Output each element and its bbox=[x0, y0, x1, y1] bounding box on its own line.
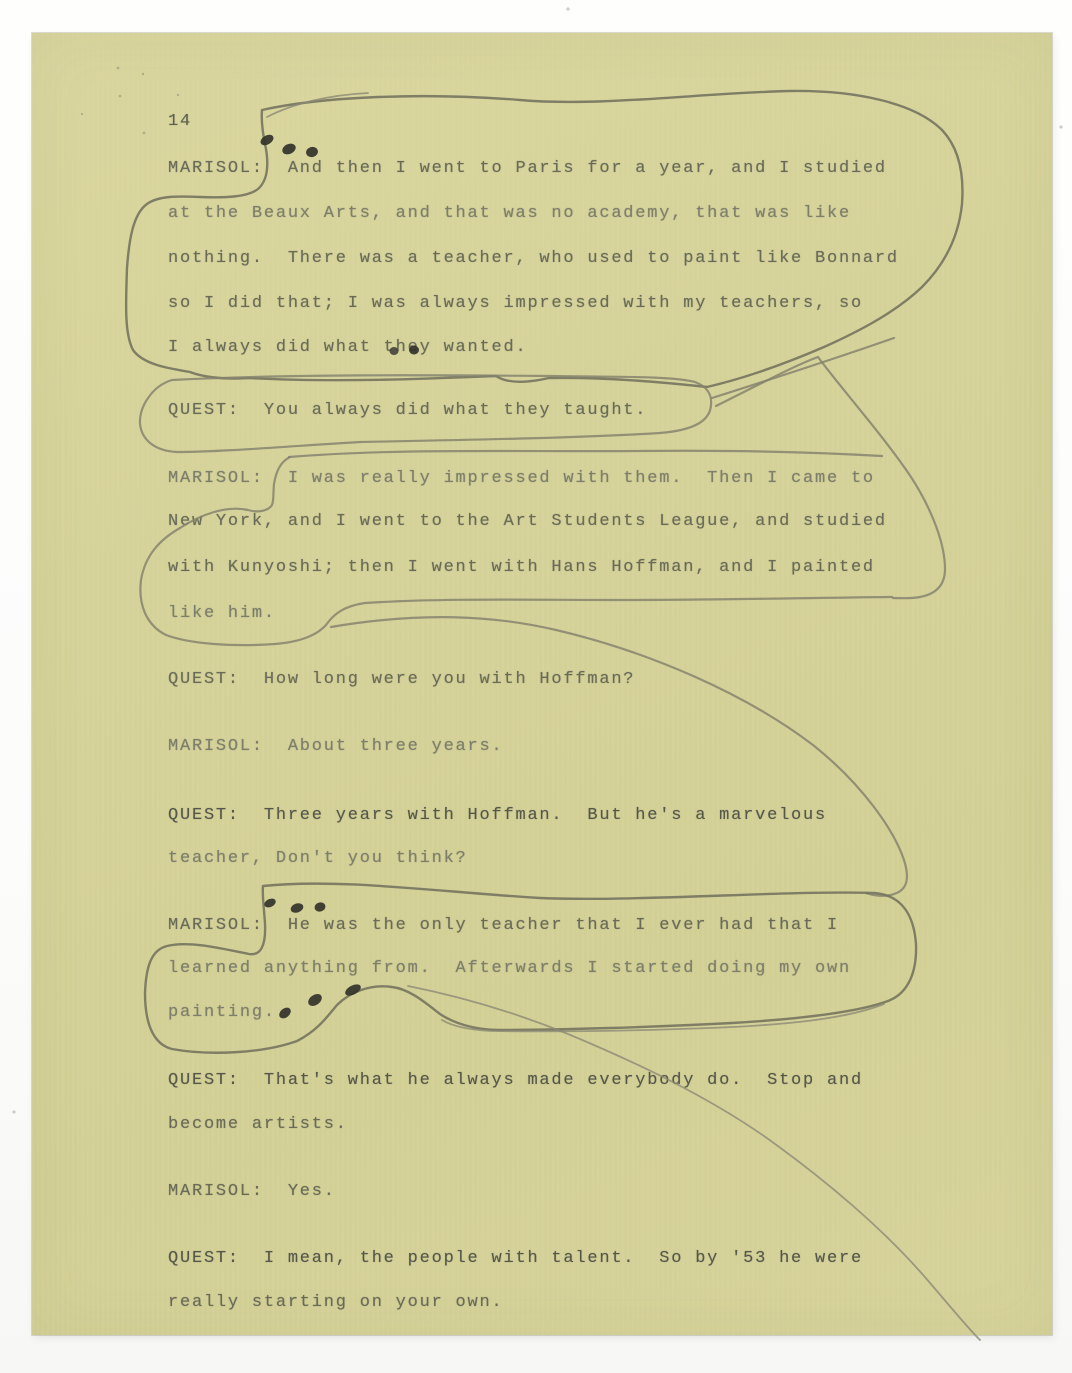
transcript-line: QUEST: Three years with Hoffman. But he'… bbox=[168, 806, 827, 826]
margin-speck bbox=[12, 1110, 15, 1113]
transcript-line: painting. bbox=[168, 1003, 276, 1023]
transcript-line: with Kunyoshi; then I went with Hans Hof… bbox=[168, 558, 875, 578]
transcript-line: New York, and I went to the Art Students… bbox=[168, 512, 887, 532]
transcript-line: QUEST: You always did what they taught. bbox=[168, 401, 647, 421]
transcript-line: MARISOL: And then I went to Paris for a … bbox=[168, 159, 887, 179]
margin-speck bbox=[1059, 125, 1062, 128]
transcript-line: I always did what they wanted. bbox=[168, 338, 527, 358]
transcript-page: 14 MARISOL: And then I went to Paris for… bbox=[32, 33, 1052, 1335]
transcript-line: become artists. bbox=[168, 1115, 348, 1135]
transcript-line: MARISOL: Yes. bbox=[168, 1182, 336, 1202]
transcript-line: so I did that; I was always impressed wi… bbox=[168, 294, 863, 314]
transcript-line: MARISOL: I was really impressed with the… bbox=[168, 469, 875, 489]
scanned-transcript-screenshot: 14 MARISOL: And then I went to Paris for… bbox=[0, 0, 1072, 1373]
transcript-line: at the Beaux Arts, and that was no acade… bbox=[168, 204, 851, 224]
transcript-line: nothing. There was a teacher, who used t… bbox=[168, 249, 899, 269]
transcript-line: QUEST: That's what he always made everyb… bbox=[168, 1071, 863, 1091]
transcript-line: QUEST: How long were you with Hoffman? bbox=[168, 670, 635, 690]
page-number: 14 bbox=[168, 112, 192, 131]
transcript-line: really starting on your own. bbox=[168, 1293, 504, 1313]
transcript-line: teacher, Don't you think? bbox=[168, 849, 468, 869]
transcript-line: learned anything from. Afterwards I star… bbox=[168, 959, 851, 979]
transcript-line: MARISOL: About three years. bbox=[168, 737, 504, 757]
transcript-line: MARISOL: He was the only teacher that I … bbox=[168, 916, 839, 936]
margin-speck bbox=[566, 7, 569, 10]
transcript-line: like him. bbox=[168, 604, 276, 624]
transcript-line: QUEST: I mean, the people with talent. S… bbox=[168, 1249, 863, 1269]
